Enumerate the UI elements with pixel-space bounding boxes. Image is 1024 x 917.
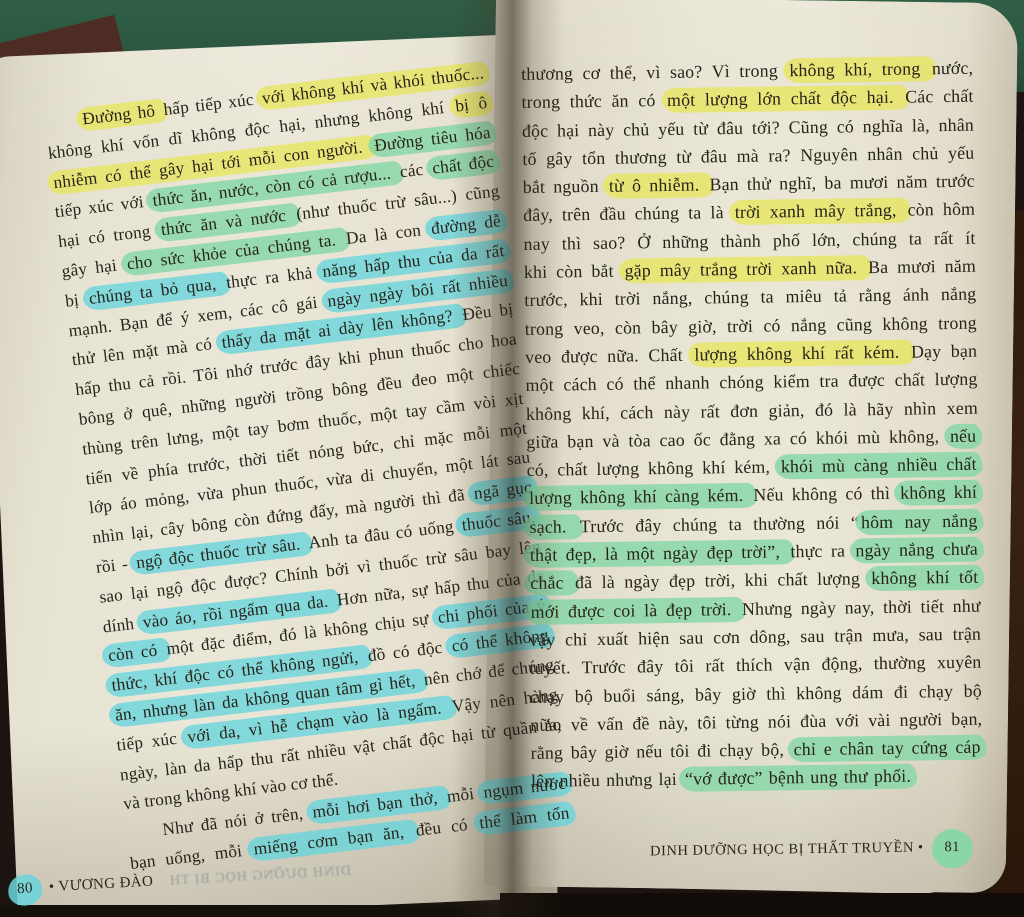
text-segment: bắt nguồn <box>523 176 607 197</box>
bleed-through-text: DINH DƯỠNG HỌC BỊ TH <box>169 863 352 889</box>
text-segment: Các chất <box>905 86 974 107</box>
left-footer-title: VƯƠNG ĐÀO <box>58 873 154 894</box>
text-segment: vậy chỉ xuất hiện sau cơn dông, sau trận… <box>529 624 981 650</box>
text-segment: gây hại <box>61 255 126 281</box>
left-page-number: 80 <box>17 880 34 897</box>
text-segment: có, chất lượng không khí kém, <box>527 457 779 481</box>
text-segment: rằng bây giờ nếu tôi đi chạy bộ, <box>531 739 792 763</box>
text-segment: một cách có thể nhanh chóng kiểm tra đượ… <box>525 369 977 395</box>
text-segment: thực ra <box>790 540 853 561</box>
text-segment: tuyết. Trước đây tôi rất thích vận động,… <box>529 652 981 678</box>
right-page-footer: DINH DƯỠNG HỌC BỊ THẤT TRUYỀN•81 <box>521 829 974 874</box>
footer-separator: • <box>914 839 928 855</box>
left-page-text: Đường hô hấp tiếp xúc với không khí và k… <box>43 58 573 879</box>
highlighted-text: nếu <box>944 423 983 449</box>
text-segment: đồ có độc <box>367 637 451 665</box>
text-segment: Dạy bạn <box>911 341 977 362</box>
text-segment: Nhưng ngày nay, thời tiết như <box>742 595 981 618</box>
right-page-number-highlight: 81 <box>931 829 973 869</box>
text-segment: Đều bị <box>461 300 514 325</box>
text-segment: Bạn thử nghĩ, ba mươi năm trước <box>709 171 974 195</box>
book-photo: { "colors": { "page": "#ebe7d8", "text":… <box>0 0 1024 917</box>
highlighted-text: khói mù càng nhiều chất <box>775 452 983 480</box>
text-segment: đều có <box>415 814 479 840</box>
text-segment: không khí, cách này rất đơn giản, đó là … <box>526 397 978 423</box>
highlighted-text: lượng không khí rất kém. <box>688 339 915 367</box>
right-page-number: 81 <box>944 839 960 855</box>
text-segment: thực ra khả <box>225 262 321 292</box>
highlighted-text: “vớ được” bệnh ung thư phổi. <box>679 764 917 792</box>
text-segment: thương cơ thể, vì sao? Vì trong <box>521 60 787 84</box>
text-segment: chạy bộ buổi sáng, bây giờ thì không dám… <box>530 680 982 706</box>
text-segment: nước, <box>932 58 974 79</box>
highlighted-text: lượng không khí càng kém. <box>523 483 758 511</box>
text-segment: đây, trên đầu chúng ta là <box>523 203 733 226</box>
text-segment: nay thì sao? Ở những thành phố lớn, chún… <box>523 227 975 253</box>
text-segment: veo được nữa. Chất <box>525 345 693 367</box>
text-segment: Da là con <box>345 219 430 247</box>
shadow-below-left-page <box>0 905 500 917</box>
highlighted-text: thật đẹp, là một ngày đẹp trời”, <box>524 539 795 568</box>
text-segment: trong veo, còn bây giờ, trời có nắng cũn… <box>525 312 977 338</box>
text-segment: trước, khi trời nắng, chúng ta miêu tả r… <box>524 284 976 310</box>
highlighted-text: hôm nay nắng <box>855 508 984 535</box>
text-segment: Nếu không có thì <box>753 483 898 505</box>
highlighted-text: không khí tốt <box>865 565 984 592</box>
highlighted-text: chắc <box>524 571 579 597</box>
shadow-below-right-page <box>500 893 1024 917</box>
text-segment: tiếp xúc <box>115 728 186 755</box>
highlighted-text: sạch. <box>523 514 584 540</box>
text-segment: đã là ngày đẹp trời, khi chất lượng <box>575 569 870 593</box>
text-segment: còn hôm <box>907 199 975 220</box>
highlighted-text: không khí, trong <box>783 56 936 83</box>
highlighted-text: mới được coi là đẹp trời. <box>525 597 747 625</box>
highlighted-text: một lượng lớn chất độc hại. <box>661 85 910 113</box>
highlighted-text: gặp mây trắng trời xanh nữa. <box>618 255 872 284</box>
highlighted-text: từ ô nhiễm. <box>603 173 714 200</box>
highlighted-text: trời xanh mây trắng, <box>729 198 912 226</box>
right-footer-title: DINH DƯỠNG HỌC BỊ THẤT TRUYỀN <box>650 840 914 860</box>
highlighted-text: chỉ e chân tay cứng cáp <box>788 735 987 763</box>
highlighted-text: bị ô <box>448 90 494 119</box>
text-segment: Trước đây chúng ta thường nói “ <box>580 512 859 536</box>
highlighted-text: ngày nắng chưa <box>849 537 984 564</box>
text-segment: Ba mươi năm <box>868 256 976 278</box>
text-segment: khi còn bắt <box>524 261 623 282</box>
text-segment: độc hại này chủ yếu từ đâu tới? Cũng có … <box>522 114 974 140</box>
text-segment: lên nhiều nhưng lại <box>531 769 683 791</box>
right-page-text: thương cơ thể, vì sao? Vì trong không kh… <box>521 54 983 796</box>
text-segment: tố gây tổn thương từ đâu mà ra? Nguyên n… <box>522 143 974 169</box>
left-page-number-highlight: 80 <box>7 874 42 907</box>
highlighted-text: không khí <box>894 480 983 506</box>
text-segment: nữa, về vấn đề này, tôi từng nói đùa với… <box>530 708 982 734</box>
text-segment: trong thức ăn có <box>521 90 665 112</box>
text-segment: giữa bạn và tòa cao ốc đằng xa có khói m… <box>526 426 948 452</box>
